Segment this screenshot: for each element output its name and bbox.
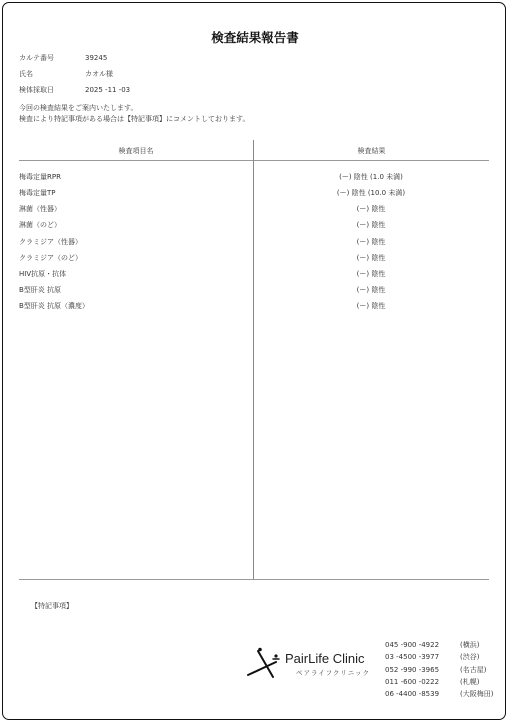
phone-branch: (札幌)	[460, 678, 479, 686]
header-test-result: 検査結果	[254, 146, 489, 156]
meta-value: カオル様	[85, 70, 113, 78]
table-row: B型肝炎 抗原（濃度）(ー) 陰性	[19, 301, 489, 317]
meta-collection-date: 検体採取日2025 -11 -03	[19, 85, 130, 95]
table-row: 淋菌（性器）(ー) 陰性	[19, 204, 489, 220]
phone-branch: (横浜)	[460, 641, 479, 649]
test-name: クラミジア（性器）	[19, 237, 82, 247]
phone-branch: (大阪梅田)	[460, 690, 493, 698]
test-name: 梅毒定量TP	[19, 188, 56, 198]
test-name: 淋菌（のど）	[19, 220, 61, 230]
intro-text: 今回の検査結果をご案内いたします。 検査により特記事項がある場合は【特記事項】に…	[19, 103, 249, 125]
table-row: 梅毒定量TP(ー) 陰性 (10.0 未満)	[19, 188, 489, 204]
test-result: (ー) 陰性 (10.0 未満)	[253, 188, 489, 198]
notes-label: 【特記事項】	[31, 601, 73, 611]
table-row: クラミジア（性器）(ー) 陰性	[19, 237, 489, 253]
meta-patient-name: 氏名カオル様	[19, 69, 113, 79]
test-result: (ー) 陰性	[253, 253, 489, 263]
document-title: 検査結果報告書	[0, 28, 510, 46]
test-name: 淋菌（性器）	[19, 204, 61, 214]
table-row: HIV抗原・抗体(ー) 陰性	[19, 269, 489, 285]
test-result: (ー) 陰性	[253, 301, 489, 311]
test-result: (ー) 陰性 (1.0 未満)	[253, 172, 489, 182]
test-result: (ー) 陰性	[253, 204, 489, 214]
meta-value: 39245	[85, 54, 107, 62]
phone-entry: 052 -990 -3965(名古屋)	[385, 664, 493, 676]
clinic-phone-list: 045 -900 -4922(横浜) 03 -4500 -3977(渋谷) 05…	[385, 639, 493, 700]
table-row: 淋菌（のど）(ー) 陰性	[19, 220, 489, 236]
meta-label: 検体採取日	[19, 85, 85, 95]
phone-entry: 011 -600 -0222(札幌)	[385, 676, 493, 688]
header-divider	[19, 160, 489, 161]
header-test-name: 検査項目名	[19, 146, 253, 156]
test-name: クラミジア（のど）	[19, 253, 82, 263]
clinic-name-kana: ペアライフクリニック	[296, 668, 370, 677]
clinic-name: PairLife Clinic	[285, 651, 364, 666]
test-name: HIV抗原・抗体	[19, 269, 66, 279]
test-result: (ー) 陰性	[253, 285, 489, 295]
table-bottom-divider	[19, 579, 489, 580]
person-figure-logo-icon	[246, 645, 286, 679]
intro-line: 今回の検査結果をご案内いたします。	[19, 103, 249, 114]
phone-branch: (渋谷)	[460, 653, 479, 661]
table-row: 梅毒定量RPR(ー) 陰性 (1.0 未満)	[19, 172, 489, 188]
phone-entry: 045 -900 -4922(横浜)	[385, 639, 493, 651]
test-result: (ー) 陰性	[253, 237, 489, 247]
test-result: (ー) 陰性	[253, 269, 489, 279]
meta-value: 2025 -11 -03	[85, 86, 130, 94]
phone-number: 03 -4500 -3977	[385, 651, 460, 663]
phone-number: 045 -900 -4922	[385, 639, 460, 651]
table-row: B型肝炎 抗原(ー) 陰性	[19, 285, 489, 301]
test-name: B型肝炎 抗原	[19, 285, 61, 295]
phone-entry: 03 -4500 -3977(渋谷)	[385, 651, 493, 663]
intro-line: 検査により特記事項がある場合は【特記事項】にコメントしております。	[19, 114, 249, 125]
phone-number: 06 -4400 -8539	[385, 688, 460, 700]
test-result: (ー) 陰性	[253, 220, 489, 230]
meta-label: カルテ番号	[19, 53, 85, 63]
test-name: 梅毒定量RPR	[19, 172, 61, 182]
phone-number: 052 -990 -3965	[385, 664, 460, 676]
table-row: クラミジア（のど）(ー) 陰性	[19, 253, 489, 269]
phone-entry: 06 -4400 -8539(大阪梅田)	[385, 688, 493, 700]
meta-label: 氏名	[19, 69, 85, 79]
phone-number: 011 -600 -0222	[385, 676, 460, 688]
test-name: B型肝炎 抗原（濃度）	[19, 301, 89, 311]
phone-branch: (名古屋)	[460, 666, 486, 674]
meta-chart-number: カルテ番号39245	[19, 53, 107, 63]
